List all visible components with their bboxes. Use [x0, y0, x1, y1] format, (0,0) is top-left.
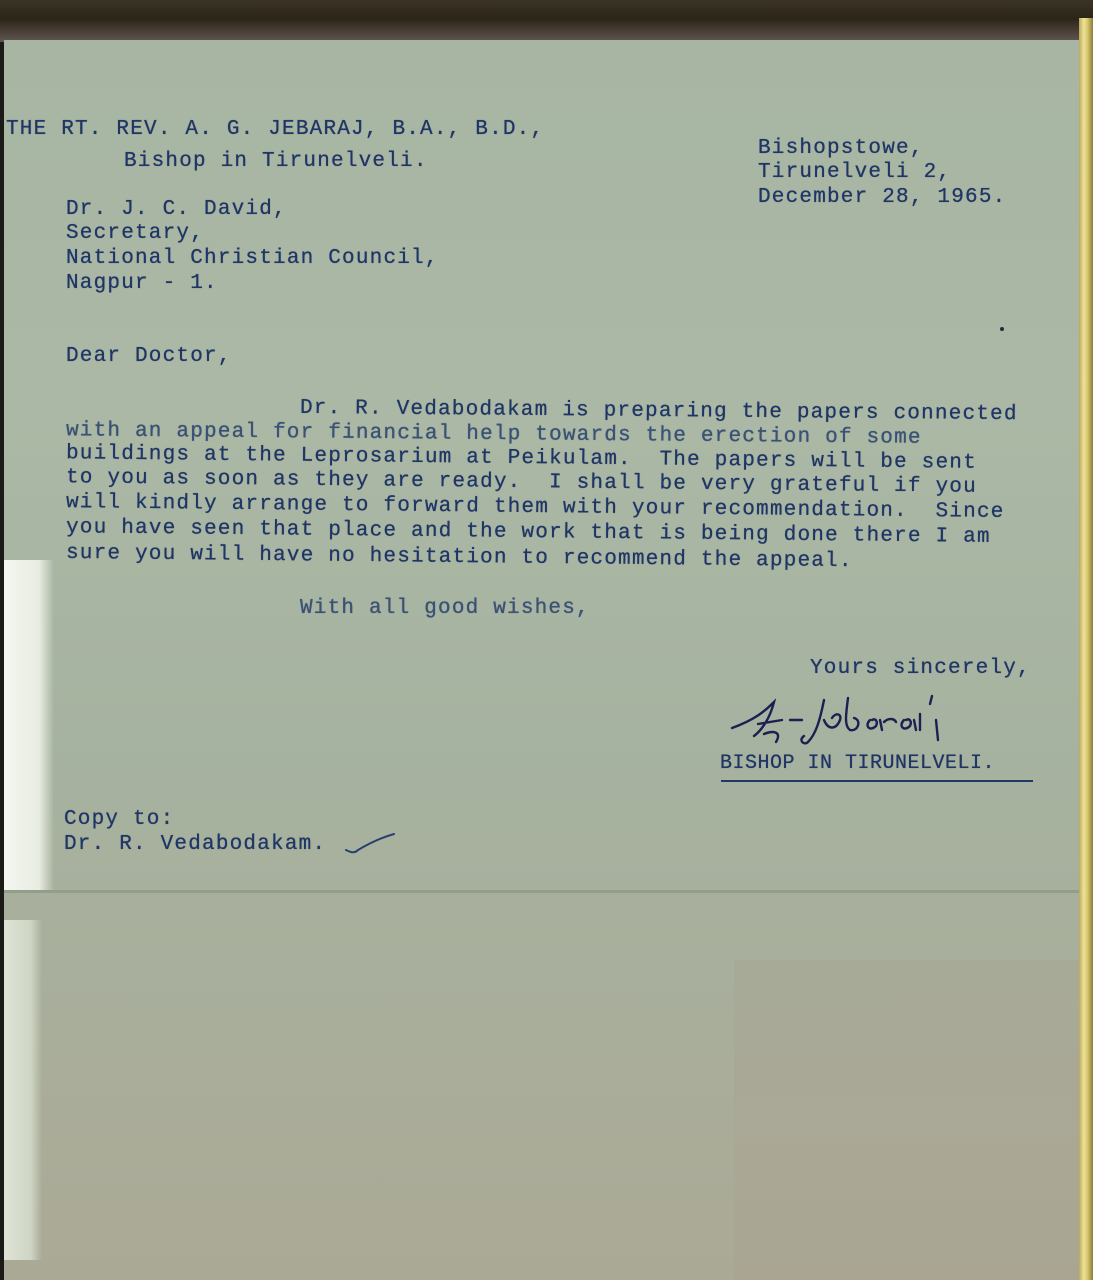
sender-name: THE RT. REV. A. G. JEBARAJ, B.A., B.D., — [6, 118, 544, 142]
copy-label: Copy to: — [64, 808, 174, 832]
checkmark-icon — [344, 832, 398, 856]
frame-top-edge — [0, 0, 1093, 42]
signature-underline — [721, 780, 1033, 782]
salutation: Dear Doctor, — [66, 345, 232, 369]
frame-right-edge — [1079, 18, 1093, 1280]
glass-glare — [4, 560, 54, 890]
letter-date: December 28, 1965. — [758, 186, 1006, 210]
place-line-1: Bishopstowe, — [758, 137, 924, 161]
signature-title: BISHOP IN TIRUNELVELI. — [720, 752, 995, 776]
letter-paper: THE RT. REV. A. G. JEBARAJ, B.A., B.D., … — [4, 40, 1079, 1280]
paper-stain — [734, 960, 1079, 1280]
recipient-name: Dr. J. C. David, — [66, 198, 287, 222]
glass-glare — [4, 920, 42, 1260]
recipient-title: Secretary, — [66, 222, 204, 246]
good-wishes: With all good wishes, — [300, 597, 590, 621]
place-line-2: Tirunelveli 2, — [758, 161, 951, 185]
recipient-city: Nagpur - 1. — [66, 272, 218, 296]
paper-fold — [4, 890, 1079, 893]
sender-title: Bishop in Tirunelveli. — [124, 150, 428, 174]
copy-recipient: Dr. R. Vedabodakam. — [64, 833, 326, 857]
closing: Yours sincerely, — [810, 657, 1031, 681]
ink-speck — [1000, 327, 1004, 331]
recipient-org: National Christian Council, — [66, 247, 439, 271]
signature — [724, 690, 1044, 760]
